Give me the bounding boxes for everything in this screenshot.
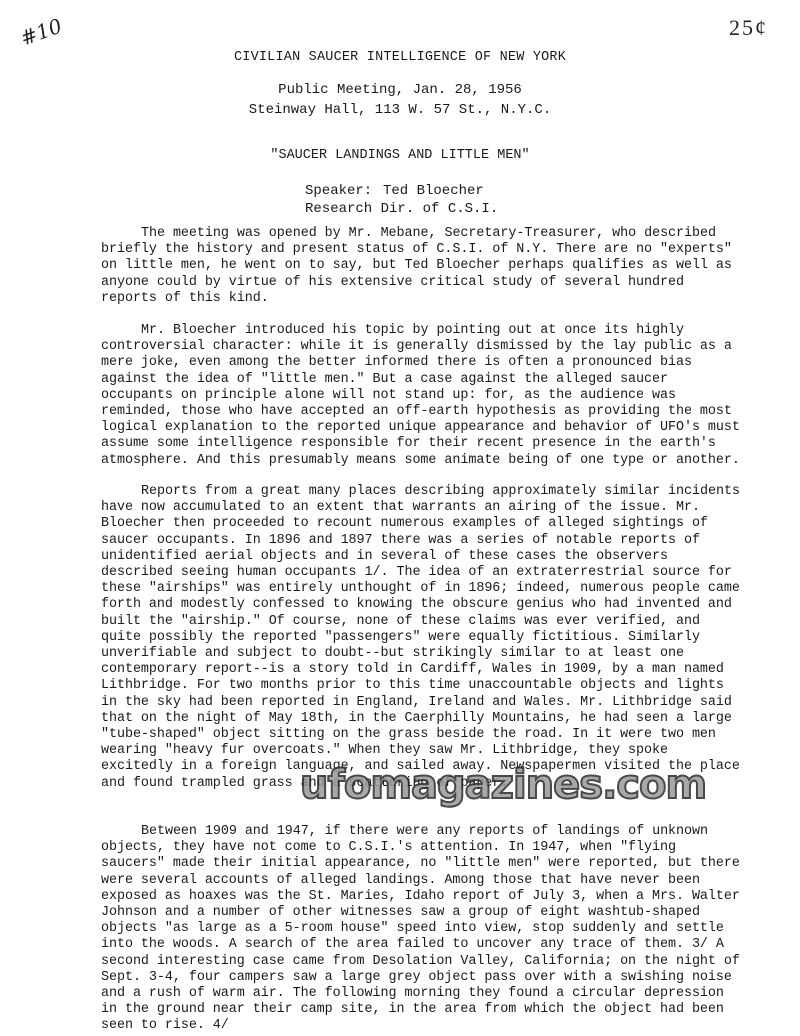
speaker-role: Research Dir. of C.S.I. bbox=[305, 200, 498, 218]
paragraph-text: Reports from a great many places describ… bbox=[101, 484, 741, 792]
speaker-block: Speaker:Ted Bloecher Research Dir. of C.… bbox=[305, 182, 498, 218]
organization-heading: CIVILIAN SAUCER INTELLIGENCE OF NEW YORK bbox=[0, 50, 800, 65]
paragraph-text: Between 1909 and 1947, if there were any… bbox=[101, 824, 741, 1035]
paragraph-early-reports: Reports from a great many places describ… bbox=[101, 484, 741, 792]
meeting-venue: Steinway Hall, 113 W. 57 St., N.Y.C. bbox=[0, 102, 800, 118]
speaker-label: Speaker: bbox=[305, 182, 383, 200]
paragraph-controversy: Mr. Bloecher introduced his topic by poi… bbox=[101, 323, 741, 469]
talk-title: "SAUCER LANDINGS AND LITTLE MEN" bbox=[0, 148, 800, 163]
price-label: 25¢ bbox=[729, 15, 768, 41]
speaker-name: Ted Bloecher bbox=[383, 183, 484, 199]
paragraph-1947-landings: Between 1909 and 1947, if there were any… bbox=[101, 824, 741, 1035]
handwritten-number: #10 bbox=[17, 14, 65, 51]
meeting-date: Public Meeting, Jan. 28, 1956 bbox=[0, 82, 800, 98]
paragraph-text: Mr. Bloecher introduced his topic by poi… bbox=[101, 323, 741, 469]
watermark: ufomagazines.com bbox=[300, 762, 706, 808]
paragraph-opening: The meeting was opened by Mr. Mebane, Se… bbox=[101, 226, 741, 307]
document-page: #10 25¢ CIVILIAN SAUCER INTELLIGENCE OF … bbox=[0, 0, 800, 1036]
paragraph-text: The meeting was opened by Mr. Mebane, Se… bbox=[101, 226, 741, 307]
